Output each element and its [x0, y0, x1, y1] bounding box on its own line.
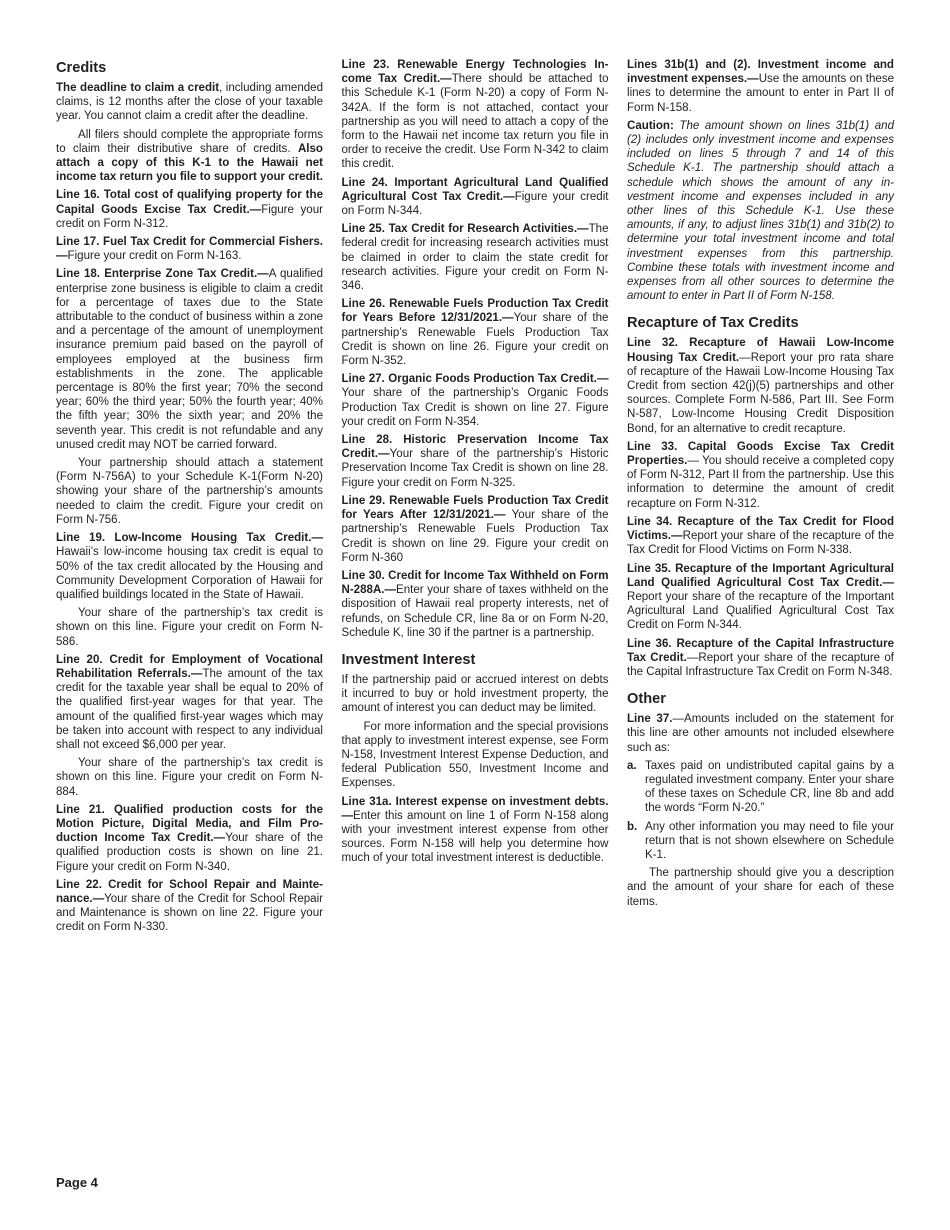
line-31a: Line 31a. Interest expense on investment… [342, 795, 609, 866]
paragraph-investment-intro: If the partnership paid or accrued inter… [342, 673, 609, 716]
line-28: Line 28. Historic Preservation Income Ta… [342, 433, 609, 490]
line-31b: Lines 31b(1) and (2). Investment income … [627, 58, 894, 115]
line-32: Line 32. Recapture of Hawaii Low-Income … [627, 336, 894, 435]
line-20-share: Your share of the partnership’s tax cred… [56, 756, 323, 799]
line-30: Line 30. Credit for Income Tax Withheld … [342, 569, 609, 640]
line-23: Line 23. Renewable Energy Technologies I… [342, 58, 609, 172]
list-item-a: a. Taxes paid on undistributed capital g… [627, 759, 894, 816]
column-2: Line 23. Renewable Energy Technologies I… [342, 30, 609, 939]
line-25: Line 25. Tax Credit for Research Activit… [342, 222, 609, 293]
column-3: Lines 31b(1) and (2). Investment income … [627, 58, 894, 939]
line-27: Line 27. Organic Foods Production Tax Cr… [342, 372, 609, 429]
line-19-share: Your share of the partnership’s tax cred… [56, 606, 323, 649]
list-marker: b. [627, 820, 645, 863]
line-35: Line 35. Recapture of the Important Agri… [627, 562, 894, 633]
line-24: Line 24. Important Agricultural Land Qua… [342, 176, 609, 219]
page-number: Page 4 [56, 1175, 98, 1190]
line-36: Line 36. Recapture of the Capital Infras… [627, 637, 894, 680]
line-18-statement: Your partnership should attach a stateme… [56, 456, 323, 527]
list-item-b: b. Any other information you may need to… [627, 820, 894, 863]
section-heading-credits: Credits [56, 60, 323, 77]
line-22: Line 22. Credit for School Repair and Ma… [56, 878, 323, 935]
paragraph-closing: The partnership should give you a descri… [627, 866, 894, 909]
line-26: Line 26. Renewable Fuels Production Tax … [342, 297, 609, 368]
line-17: Line 17. Fuel Tax Credit for Commercial … [56, 235, 323, 263]
list-marker: a. [627, 759, 645, 816]
line-21: Line 21. Qualified production costs for … [56, 803, 323, 874]
line-29: Line 29. Renewable Fuels Production Tax … [342, 494, 609, 565]
line-16: Line 16. Total cost of qualifying proper… [56, 188, 323, 231]
list-item-text: Taxes paid on undistributed capital gain… [645, 759, 894, 816]
line-20: Line 20. Credit for Employment of Vocati… [56, 653, 323, 752]
list-item-text: Any other information you may need to fi… [645, 820, 894, 863]
document-page: Credits The deadline to claim a credit, … [56, 58, 894, 939]
section-heading-other: Other [627, 691, 894, 708]
line-19: Line 19. Low-Income Housing Tax Credit.—… [56, 531, 323, 602]
paragraph-filers: All filers should complete the appropria… [56, 128, 323, 185]
section-heading-investment-interest: Investment Interest [342, 652, 609, 669]
line-33: Line 33. Capital Goods Excise Tax Credit… [627, 440, 894, 511]
column-2-continuation-spacer [342, 30, 609, 58]
caution-note: Caution: The amount shown on lines 31b(1… [627, 119, 894, 304]
line-37: Line 37.—Amounts included on the stateme… [627, 712, 894, 755]
paragraph-deadline: The deadline to claim a credit, includin… [56, 81, 323, 124]
line-18: Line 18. Enterprise Zone Tax Credit.—A q… [56, 267, 323, 452]
column-1: Credits The deadline to claim a credit, … [56, 58, 323, 939]
line-34: Line 34. Recapture of the Tax Credit for… [627, 515, 894, 558]
section-heading-recapture: Recapture of Tax Credits [627, 315, 894, 332]
paragraph-investment-more-info: For more information and the special pro… [342, 720, 609, 791]
